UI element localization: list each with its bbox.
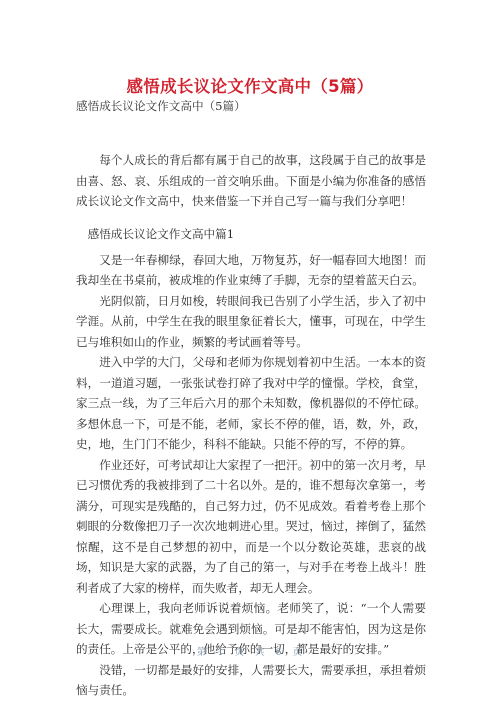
essay-section-1: 感悟成长议论文作文高中篇1 又是一年春柳绿，春回大地，万物复苏，好一幅春回大地图… <box>76 224 426 701</box>
paragraph: 又是一年春柳绿，春回大地，万物复苏，好一幅春回大地图！而我却坐在书桌前，被成堆的… <box>76 250 426 291</box>
document-subtitle: 感悟成长议论文作文高中（5篇） <box>76 98 246 114</box>
paragraph: 进入中学的大门，父母和老师为你规划着初中生活。一本本的资料，一道道习题，一张张试… <box>76 352 426 455</box>
document-title: 感悟成长议论文作文高中（5篇） <box>0 73 500 97</box>
paragraph: 没错，一切都是最好的安排，人需要长大，需要承担，承担着烦恼与责任。 <box>76 660 426 701</box>
paragraph: 作业还好，可考试却让大家捏了一把汗。初中的第一次月考，早已习惯优秀的我被排到了二… <box>76 455 426 599</box>
section-heading: 感悟成长议论文作文高中篇1 <box>76 224 426 245</box>
paragraph: 光阴似箭，日月如梭，转眼间我已告别了小学生活，步入了初中学涯。从前，中学生在我的… <box>76 291 426 353</box>
page-number-footer: 第 1 页 共 6 页 <box>0 644 500 658</box>
intro-section: 每个人成长的背后都有属于自己的故事，这段属于自己的故事是由喜、怒、哀、乐组成的一… <box>76 150 426 212</box>
intro-paragraph: 每个人成长的背后都有属于自己的故事，这段属于自己的故事是由喜、怒、哀、乐组成的一… <box>76 150 426 212</box>
